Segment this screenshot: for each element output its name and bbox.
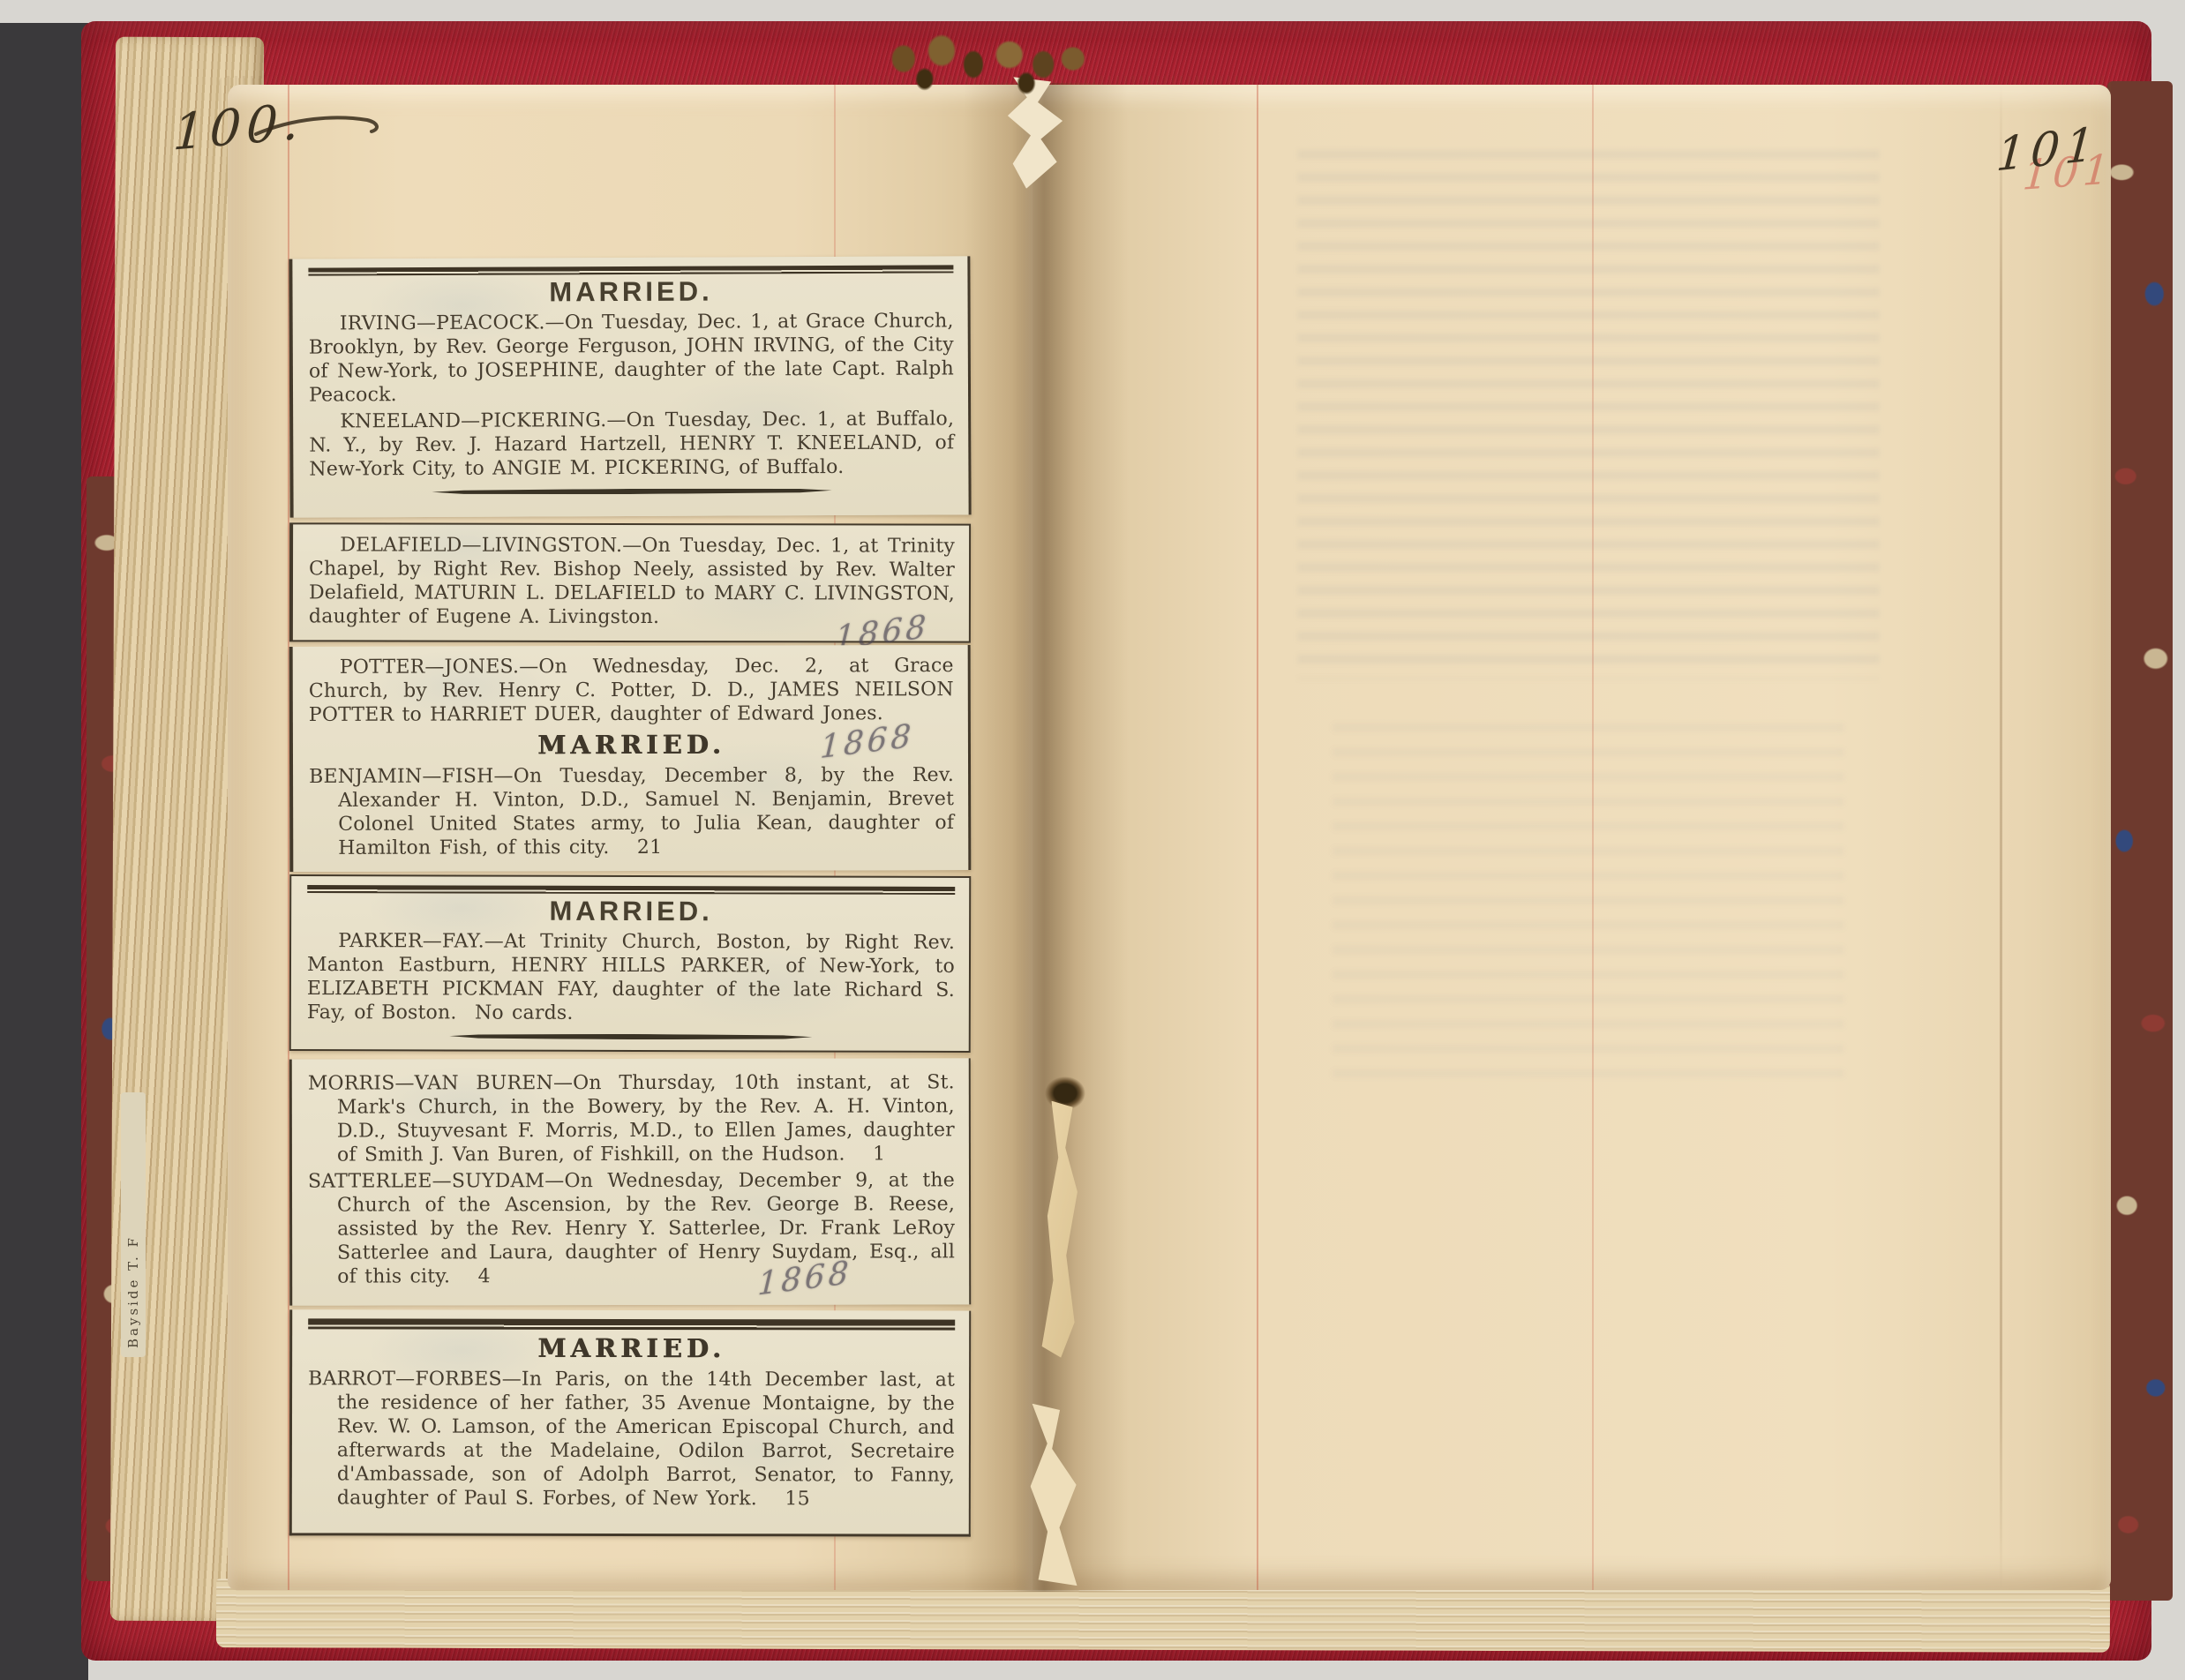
handwritten-year: 1868: [820, 724, 915, 760]
marriage-notice-satterlee-suydam: SATTERLEE—SUYDAM—On Wednesday, December …: [308, 1168, 955, 1288]
handwritten-year: 1868: [757, 1261, 852, 1297]
marriage-notice-potter-jones: POTTER—JONES.—On Wednesday, Dec. 2, at G…: [309, 654, 954, 727]
divider-rule: [308, 265, 953, 275]
divider-rule: [449, 1033, 812, 1039]
clipping-irving-kneeland: MARRIED. IRVING—PEACOCK.—On Tuesday, Dec…: [289, 256, 971, 517]
clipping-delafield-livingston: DELAFIELD—LIVINGSTON.—On Tuesday, Dec. 1…: [289, 522, 971, 642]
marriage-notice-benjamin-fish: BENJAMIN—FISH—On Tuesday, December 8, by…: [309, 763, 954, 860]
clipping-header: MARRIED.: [307, 898, 955, 924]
right-page: [1032, 85, 2111, 1590]
right-page-number: 101: [1994, 117, 2101, 182]
pen-flourish: [254, 108, 387, 143]
page-crease: [2000, 85, 2002, 1590]
protruding-page-edge: Bayside T. F: [121, 1092, 146, 1357]
clipping-header: MARRIED.: [308, 1336, 955, 1361]
clipping-barrot-forbes: MARRIED. BARROT—FORBES—In Paris, on the …: [289, 1309, 971, 1536]
scanner-background: [0, 23, 88, 1680]
ruled-line: [1592, 85, 1594, 1590]
clipping-morris-satterlee: MORRIS—VAN BUREN—On Thursday, 10th insta…: [289, 1058, 971, 1305]
marriage-notice-delafield-livingston: DELAFIELD—LIVINGSTON.—On Tuesday, Dec. 1…: [309, 533, 955, 629]
scrapbook-scan: Bayside T. F 100. 101 101 MARRIED. IRVIN…: [0, 0, 2185, 1680]
divider-rule: [432, 488, 831, 495]
marriage-notice-irving-peacock: IRVING—PEACOCK.—On Tuesday, Dec. 1, at G…: [309, 309, 954, 407]
clipping-header: MARRIED.: [308, 278, 953, 304]
marriage-notice-barrot-forbes: BARROT—FORBES—In Paris, on the 14th Dece…: [308, 1367, 955, 1511]
marriage-notice-morris-vanburen: MORRIS—VAN BUREN—On Thursday, 10th insta…: [308, 1070, 955, 1166]
clipping-potter-benjamin: POTTER—JONES.—On Wednesday, Dec. 2, at G…: [289, 645, 972, 872]
divider-rule: [308, 1318, 955, 1330]
marriage-notice-parker-fay: PARKER—FAY.—At Trinity Church, Boston, b…: [307, 929, 955, 1026]
frayed-headband: [878, 14, 1090, 95]
edge-label: Bayside T. F: [125, 1092, 141, 1357]
marriage-notice-kneeland-pickering: KNEELAND—PICKERING.—On Tuesday, Dec. 1, …: [309, 407, 954, 481]
clipping-parker-fay: MARRIED. PARKER—FAY.—At Trinity Church, …: [289, 874, 972, 1053]
divider-rule: [307, 885, 955, 895]
marbled-endpaper-right: [2107, 81, 2173, 1601]
clippings-column: MARRIED. IRVING—PEACOCK.—On Tuesday, Dec…: [289, 258, 971, 1536]
ruled-line: [1257, 85, 1258, 1590]
